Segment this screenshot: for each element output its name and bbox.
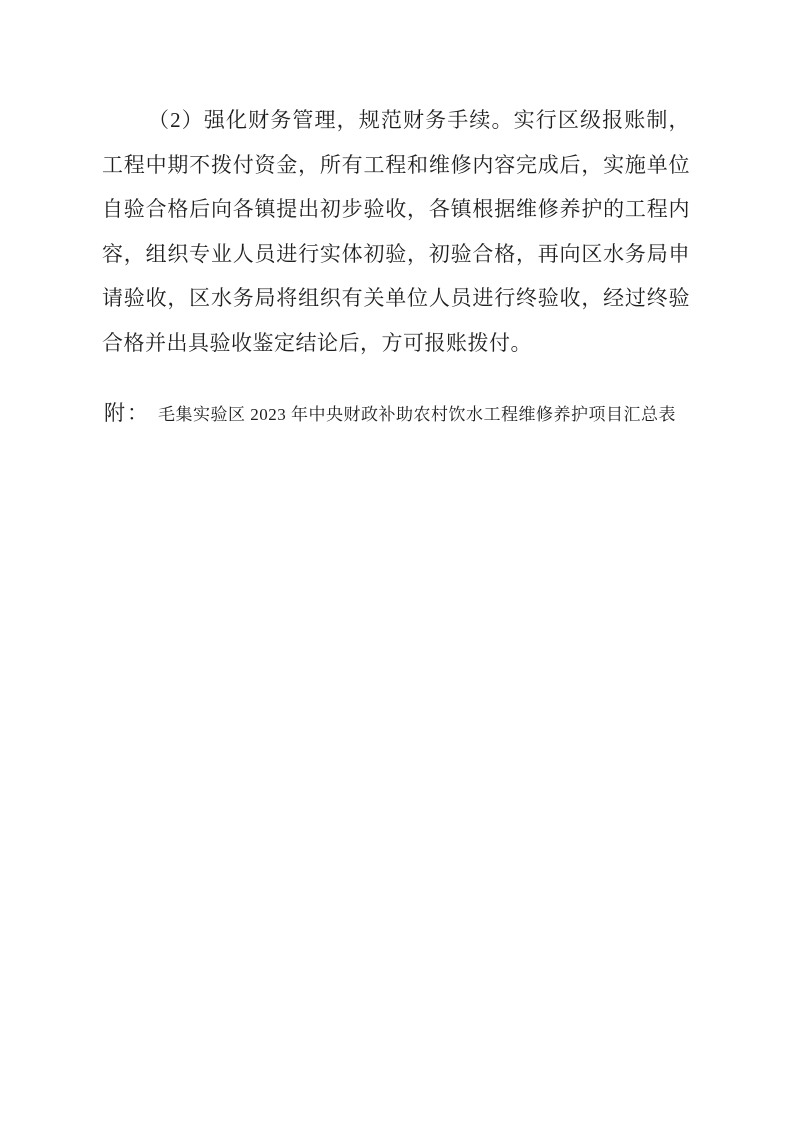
- paragraph-line: 自验合格后向各镇提出初步验收，各镇根据维修养护的工程内: [102, 187, 690, 232]
- paragraph-line: 工程中期不拨付资金，所有工程和维修内容完成后，实施单位: [102, 143, 690, 188]
- attachment-label: 附：: [104, 398, 150, 428]
- paragraph-line: 合格并出具验收鉴定结论后，方可报账拨付。: [102, 321, 690, 366]
- attachment-title: 毛集实验区 2023 年中央财政补助农村饮水工程维修养护项目汇总表: [158, 400, 676, 430]
- document-page: （2）强化财务管理，规范财务手续。实行区级报账制， 工程中期不拨付资金，所有工程…: [0, 0, 793, 1121]
- paragraph-line: 请验收，区水务局将组织有关单位人员进行终验收，经过终验: [102, 276, 690, 321]
- body-paragraph: （2）强化财务管理，规范财务手续。实行区级报账制， 工程中期不拨付资金，所有工程…: [102, 98, 690, 365]
- paragraph-line: 容，组织专业人员进行实体初验，初验合格，再向区水务局申: [102, 232, 690, 277]
- paragraph-line: （2）强化财务管理，规范财务手续。实行区级报账制，: [102, 98, 690, 143]
- attachment-line: 附： 毛集实验区 2023 年中央财政补助农村饮水工程维修养护项目汇总表: [104, 398, 704, 430]
